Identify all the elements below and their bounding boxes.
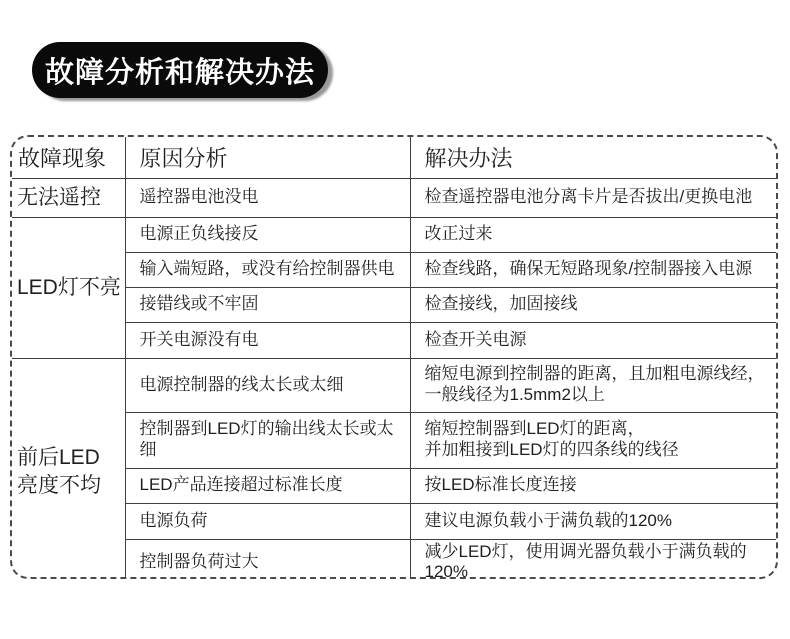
table-row: 控制器负荷过大 减少LED灯，使用调光器负载小于满负载的120% xyxy=(12,539,776,579)
cause-cell: 控制器负荷过大 xyxy=(125,539,410,579)
table-row: 控制器到LED灯的输出线太长或太细 缩短控制器到LED灯的距离， 并加粗接到LE… xyxy=(12,412,776,468)
cause-cell: 控制器到LED灯的输出线太长或太细 xyxy=(125,412,410,468)
cause-cell: 输入端短路，或没有给控制器供电 xyxy=(125,252,410,287)
table-row: LED灯不亮 电源正负线接反 改正过来 xyxy=(12,217,776,252)
cause-cell: 开关电源没有电 xyxy=(125,322,410,358)
table-row: 接错线或不牢固 检查接线，加固接线 xyxy=(12,287,776,322)
solution-cell: 减少LED灯，使用调光器负载小于满负载的120% xyxy=(410,539,776,579)
solution-cell: 检查开关电源 xyxy=(410,322,776,358)
solution-cell: 检查遥控器电池分离卡片是否拔出/更换电池 xyxy=(410,178,776,217)
header-cause: 原因分析 xyxy=(125,137,410,178)
page-title-pill: 故障分析和解决办法 xyxy=(32,42,328,98)
table-row: 前后LED 亮度不均 电源控制器的线太长或太细 缩短电源到控制器的距离，且加粗电… xyxy=(12,358,776,412)
page: 故障分析和解决办法 故障现象 原因分析 解决办法 无法遥控 遥控器电池没电 xyxy=(0,0,790,639)
phenomenon-cell: LED灯不亮 xyxy=(12,217,125,358)
phenomenon-cell: 无法遥控 xyxy=(12,178,125,217)
cause-cell: 电源负荷 xyxy=(125,503,410,539)
header-phenomenon: 故障现象 xyxy=(12,137,125,178)
fault-table: 故障现象 原因分析 解决办法 无法遥控 遥控器电池没电 检查遥控器电池分离卡片是… xyxy=(12,137,776,579)
fault-table-frame: 故障现象 原因分析 解决办法 无法遥控 遥控器电池没电 检查遥控器电池分离卡片是… xyxy=(10,135,778,579)
solution-cell: 按LED标准长度连接 xyxy=(410,468,776,503)
page-title: 故障分析和解决办法 xyxy=(45,50,315,91)
solution-cell: 缩短电源到控制器的距离，且加粗电源线经， 一般线径为1.5mm2以上 xyxy=(410,358,776,412)
header-solution: 解决办法 xyxy=(410,137,776,178)
cause-cell: LED产品连接超过标准长度 xyxy=(125,468,410,503)
cause-cell: 电源控制器的线太长或太细 xyxy=(125,358,410,412)
table-row: 输入端短路，或没有给控制器供电 检查线路，确保无短路现象/控制器接入电源 xyxy=(12,252,776,287)
cause-cell: 遥控器电池没电 xyxy=(125,178,410,217)
table-header-row: 故障现象 原因分析 解决办法 xyxy=(12,137,776,178)
solution-cell: 检查接线，加固接线 xyxy=(410,287,776,322)
solution-cell: 检查线路，确保无短路现象/控制器接入电源 xyxy=(410,252,776,287)
table-row: 无法遥控 遥控器电池没电 检查遥控器电池分离卡片是否拔出/更换电池 xyxy=(12,178,776,217)
table-row: 电源负荷 建议电源负载小于满负载的120% xyxy=(12,503,776,539)
phenomenon-cell: 前后LED 亮度不均 xyxy=(12,358,125,579)
solution-cell: 缩短控制器到LED灯的距离， 并加粗接到LED灯的四条线的线径 xyxy=(410,412,776,468)
table-row: LED产品连接超过标准长度 按LED标准长度连接 xyxy=(12,468,776,503)
solution-cell: 建议电源负载小于满负载的120% xyxy=(410,503,776,539)
cause-cell: 电源正负线接反 xyxy=(125,217,410,252)
table-row: 开关电源没有电 检查开关电源 xyxy=(12,322,776,358)
solution-cell: 改正过来 xyxy=(410,217,776,252)
cause-cell: 接错线或不牢固 xyxy=(125,287,410,322)
